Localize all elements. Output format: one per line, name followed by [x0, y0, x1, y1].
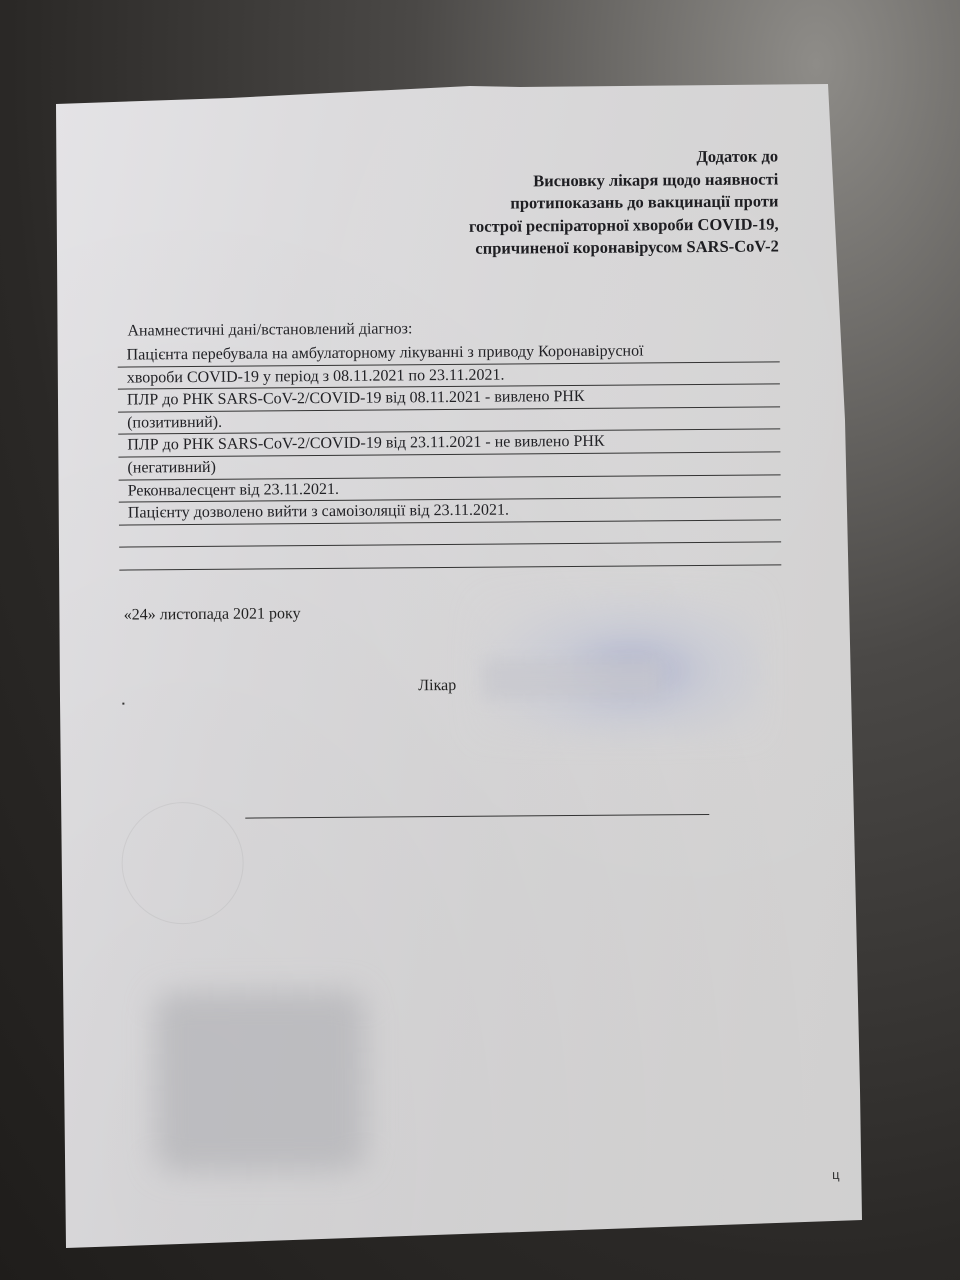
header-line: спричиненої коронавірусом SARS-CoV-2	[469, 235, 779, 260]
header-line: Висновку лікаря щодо наявності	[468, 168, 778, 193]
anamnesis-label: Анамнестичні дані/встановлений діагноз:	[127, 320, 412, 340]
anamnesis-lines: Пацієнта перебувала на амбулаторному лік…	[118, 339, 782, 570]
signature-line	[245, 814, 709, 819]
doctor-label: Лікар	[418, 677, 456, 695]
header-line: гострої респіраторної хвороби COVID-19,	[469, 213, 779, 238]
header-line: протипоказань до вакцинації проти	[469, 190, 779, 215]
redacted-doctor-name	[482, 658, 662, 699]
document-content: Додаток до Висновку лікаря щодо наявност…	[0, 0, 960, 1280]
redacted-stamp	[155, 991, 366, 1173]
document-header: Додаток до Висновку лікаря щодо наявност…	[468, 145, 779, 260]
header-line: Додаток до	[468, 145, 778, 170]
stray-dot	[122, 703, 124, 705]
document-date: «24» листопада 2021 року	[124, 605, 301, 624]
faint-stamp	[121, 802, 244, 925]
corner-mark: ц	[832, 1167, 840, 1182]
anamnesis-line	[119, 543, 781, 571]
